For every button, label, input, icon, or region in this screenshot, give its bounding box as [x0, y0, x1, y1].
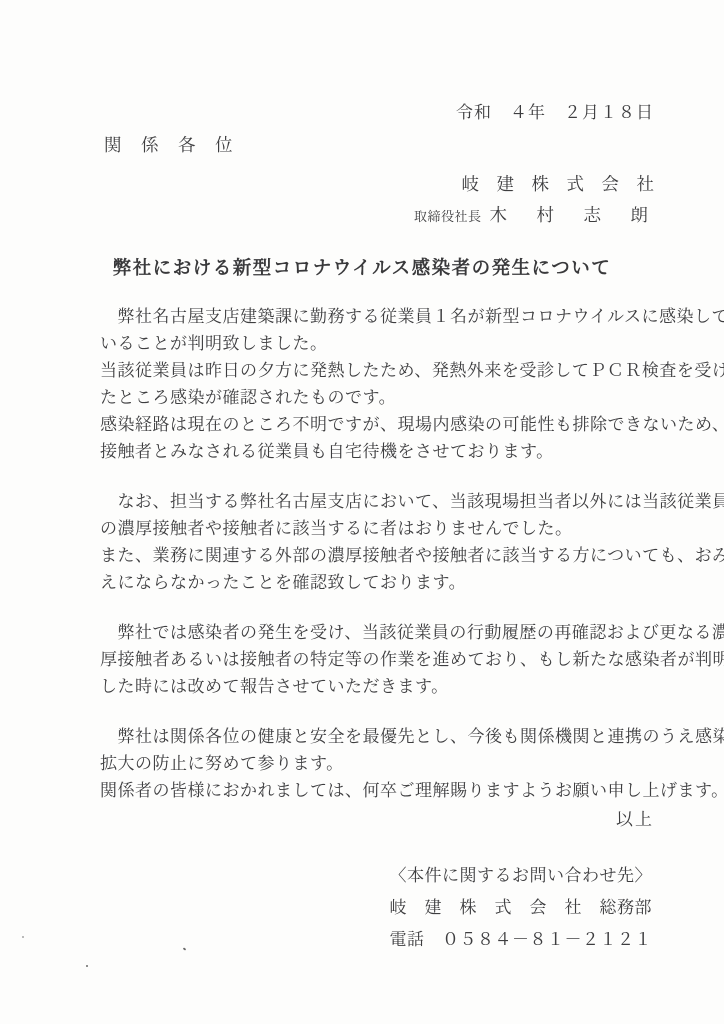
body-line: 弊社名古屋支店建築課に勤務する従業員１名が新型コロナウイルスに感染して: [100, 303, 658, 330]
body-line: 拡大の防止に努めて参ります。: [100, 750, 658, 777]
contact-company: 岐 建 株 式 会 社 総務部: [0, 892, 652, 924]
sender-president-name: 木 村 志 朗: [490, 205, 655, 225]
letter-recipient: 関 係 各 位: [0, 132, 724, 157]
body-line: また、業務に関連する外部の濃厚接触者や接触者に該当する方についても、おみ: [100, 542, 658, 569]
sender-president-title: 取締役社長: [414, 209, 482, 224]
scanned-letter-page: 令和 ４年 ２月１８日 関 係 各 位 岐 建 株 式 会 社 取締役社長木 村…: [0, 0, 724, 1024]
body-line: の濃厚接触者や接触者に該当するに者はおりませんでした。: [100, 515, 658, 542]
paragraph-1: 弊社名古屋支店建築課に勤務する従業員１名が新型コロナウイルスに感染して いること…: [0, 303, 724, 465]
letter-date: 令和 ４年 ２月１８日: [0, 98, 724, 123]
sender-president: 取締役社長木 村 志 朗: [0, 202, 724, 227]
body-line: いることが判明致しました。: [100, 330, 658, 357]
body-line: えにならなかったことを確認致しております。: [100, 569, 658, 596]
body-line: なお、担当する弊社名古屋支店において、当該現場担当者以外には当該従業員: [100, 488, 658, 515]
body-line: 弊社では感染者の発生を受け、当該従業員の行動履歴の再確認および更なる濃: [100, 619, 658, 646]
paragraph-4: 弊社は関係各位の健康と安全を最優先とし、今後も関係機関と連携のうえ感染 拡大の防…: [0, 723, 724, 804]
scan-speck: [22, 936, 24, 938]
body-line: した時には改めて報告させていただきます。: [100, 673, 658, 700]
paragraph-3: 弊社では感染者の発生を受け、当該従業員の行動履歴の再確認および更なる濃 厚接触者…: [0, 619, 724, 700]
letter-content: 令和 ４年 ２月１８日 関 係 各 位 岐 建 株 式 会 社 取締役社長木 村…: [0, 0, 724, 956]
paragraph-2: なお、担当する弊社名古屋支店において、当該現場担当者以外には当該従業員 の濃厚接…: [0, 488, 724, 596]
sender-company: 岐 建 株 式 会 社: [0, 171, 724, 196]
body-line: 当該従業員は昨日の夕方に発熱したため、発熱外来を受診してＰＣＲ検査を受け: [100, 357, 658, 384]
closing-ijou: 以上: [0, 805, 724, 830]
body-line: 感染経路は現在のところ不明ですが、現場内感染の可能性も排除できないため、: [100, 411, 658, 438]
body-line: 厚接触者あるいは接触者の特定等の作業を進めており、もし新たな感染者が判明: [100, 646, 658, 673]
contact-phone: 電話 ０５８４－８１－２１２１: [0, 924, 652, 956]
contact-block: 〈本件に関するお問い合わせ先〉 岐 建 株 式 会 社 総務部 電話 ０５８４－…: [0, 860, 724, 956]
scan-speck: [86, 965, 88, 967]
body-line: 弊社は関係各位の健康と安全を最優先とし、今後も関係機関と連携のうえ感染: [100, 723, 658, 750]
body-line: 接触者とみなされる従業員も自宅待機をさせております。: [100, 438, 658, 465]
body-line: 関係者の皆様におかれましては、何卒ご理解賜りますようお願い申し上げます。: [100, 777, 658, 804]
contact-heading: 〈本件に関するお問い合わせ先〉: [0, 860, 652, 892]
body-line: たところ感染が確認されたものです。: [100, 384, 658, 411]
page-title: 弊社における新型コロナウイルス感染者の発生について: [0, 254, 724, 280]
